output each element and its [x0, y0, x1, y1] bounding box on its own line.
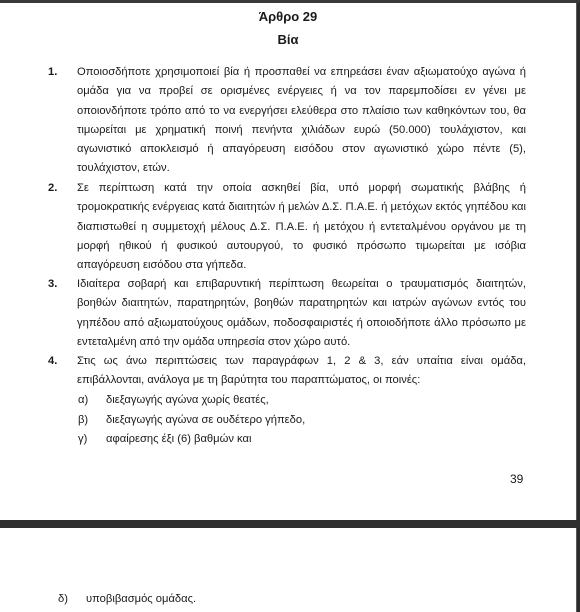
paragraph-text: Οποιοσδήποτε χρησιμοποιεί βία ή προσπαθε… — [77, 63, 526, 179]
sub-item-text: αφαίρεσης έξι (6) βαθμών και — [106, 433, 251, 445]
document-page-39: Άρθρο 29 Βία 1. Οποιοσδήποτε χρησιμοποιε… — [0, 3, 577, 520]
article-title: Άρθρο 29 — [0, 9, 576, 24]
sub-item-text: διεξαγωγής αγώνα χωρίς θεατές, — [106, 394, 269, 406]
paragraph-3: 3. Ιδιαίτερα σοβαρή και επιβαρυντική περ… — [48, 275, 526, 352]
sub-item-label: γ) — [78, 430, 106, 449]
sub-item-label: α) — [78, 391, 106, 410]
sub-item-d: δ)υποβιβασμός ομάδας. — [58, 590, 196, 609]
paragraph-text: Στις ως άνω περιπτώσεις των παραγράφων 1… — [77, 352, 526, 391]
sub-item-label: δ) — [58, 590, 86, 609]
paragraph-number: 4. — [48, 352, 57, 371]
paragraph-2: 2. Σε περίπτωση κατά την οποία ασκηθεί β… — [48, 179, 526, 275]
page-number: 39 — [510, 472, 523, 486]
paragraph-number: 2. — [48, 179, 57, 198]
paragraph-1: 1. Οποιοσδήποτε χρησιμοποιεί βία ή προσπ… — [48, 63, 526, 179]
paragraph-text: Ιδιαίτερα σοβαρή και επιβαρυντική περίπτ… — [77, 275, 526, 352]
paragraph-text: Σε περίπτωση κατά την οποία ασκηθεί βία,… — [77, 179, 526, 275]
sub-item-c: γ)αφαίρεσης έξι (6) βαθμών και — [78, 430, 251, 449]
article-subtitle: Βία — [0, 32, 576, 47]
sub-item-text: διεξαγωγής αγώνα σε ουδέτερο γήπεδο, — [106, 414, 305, 426]
paragraph-number: 3. — [48, 275, 57, 294]
document-page-40: δ)υποβιβασμός ομάδας. — [0, 528, 577, 612]
sub-item-label: β) — [78, 411, 106, 430]
page-separator — [0, 520, 580, 528]
paragraph-number: 1. — [48, 63, 57, 82]
sub-item-text: υποβιβασμός ομάδας. — [86, 593, 196, 605]
sub-item-b: β)διεξαγωγής αγώνα σε ουδέτερο γήπεδο, — [78, 411, 305, 430]
sub-item-a: α)διεξαγωγής αγώνα χωρίς θεατές, — [78, 391, 269, 410]
paragraph-4: 4. Στις ως άνω περιπτώσεις των παραγράφω… — [48, 352, 526, 391]
